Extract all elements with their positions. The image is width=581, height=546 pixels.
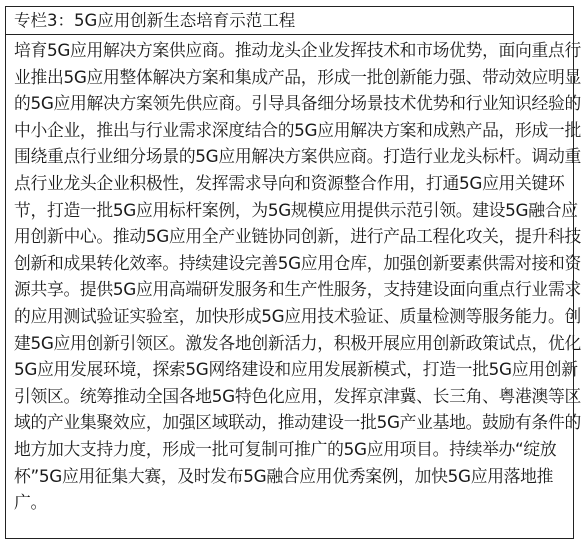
- box-title: 专栏3：5G应用创新生态培育示范工程: [6, 7, 573, 35]
- body-line: 培育5G应用解决方案供应商。推动龙头企业发挥技术和市场优势，面向重点行: [14, 37, 567, 64]
- body-line: 建5G应用创新引领区。激发各地创新活力，积极开展应用创新政策试点，优化: [14, 330, 567, 357]
- body-line: 用创新中心。推动5G应用全产业链协同创新，进行产品工程化攻关，提升科技: [14, 223, 567, 250]
- body-line: 业推出5G应用整体解决方案和集成产品，形成一批创新能力强、带动效应明显: [14, 64, 567, 91]
- body-line: 的5G应用解决方案领先供应商。引导具备细分场景技术优势和行业知识经验的: [14, 90, 567, 117]
- body-line: 围绕重点行业细分场景的5G应用解决方案供应商。打造行业龙头标杆。调动重: [14, 143, 567, 170]
- box-body: 培育5G应用解决方案供应商。推动龙头企业发挥技术和市场优势，面向重点行 业推出5…: [6, 35, 573, 516]
- body-line: 域的产业集聚效应，加强区域联动，推动建设一批5G产业基地。鼓励有条件的: [14, 409, 567, 436]
- body-line: 引领区。统筹推动全国各地5G特色化应用，发挥京津冀、长三角、粤港澳等区: [14, 383, 567, 410]
- body-line: 杯”5G应用征集大赛，及时发布5G融合应用优秀案例，加快5G应用落地推: [14, 463, 567, 490]
- body-line: 点行业龙头企业积极性，发挥需求导向和资源整合作用，打通5G应用关键环: [14, 170, 567, 197]
- body-line: 源共享。提供5G应用高端研发服务和生产性服务，支持建设面向重点行业需求: [14, 276, 567, 303]
- body-line: 创新和成果转化效率。持续建设完善5G应用仓库，加强创新要素供需对接和资: [14, 250, 567, 277]
- body-line: 中小企业，推出与行业需求深度结合的5G应用解决方案和成熟产品，形成一批: [14, 117, 567, 144]
- body-line: 5G应用发展环境，探索5G网络建设和应用发展新模式，打造一批5G应用创新: [14, 356, 567, 383]
- body-line: 的应用测试验证实验室，加快形成5G应用技术验证、质量检测等服务能力。创: [14, 303, 567, 330]
- body-line: 节，打造一批5G应用标杆案例，为5G规模应用提供示范引领。建设5G融合应: [14, 197, 567, 224]
- body-line: 广。: [14, 489, 567, 516]
- body-line: 地方加大支持力度，形成一批可复制可推广的5G应用项目。持续举办“绽放: [14, 436, 567, 463]
- feature-box: 专栏3：5G应用创新生态培育示范工程 培育5G应用解决方案供应商。推动龙头企业发…: [5, 6, 574, 539]
